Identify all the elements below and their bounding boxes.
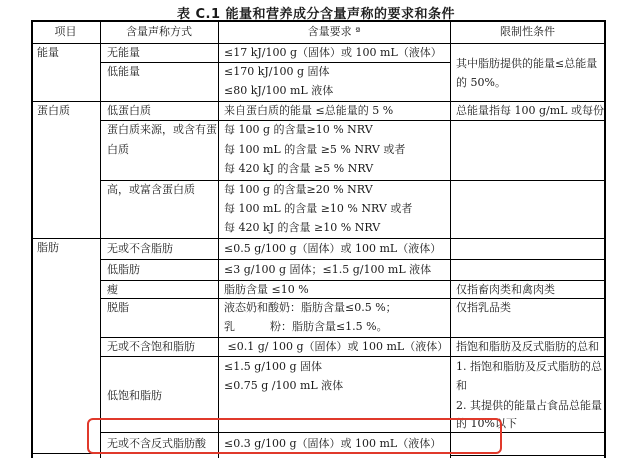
cond-lean: 仅指畜肉类和禽肉类 xyxy=(456,280,555,299)
header-item: 项目 xyxy=(31,22,100,41)
cond-sat-fat-free: 指饱和脂肪及反式脂肪的总和 xyxy=(456,337,599,356)
col-line-2 xyxy=(218,20,219,458)
claim-low-energy: 低能量 xyxy=(107,62,140,81)
item-protein: 蛋白质 xyxy=(37,101,70,120)
req-energy-free: ≤17 kJ/100 g（固体）或 100 mL（液体） xyxy=(224,43,442,62)
cond-low-protein: 总能量指每 100 g/mL 或每份 xyxy=(456,101,604,120)
req-skim-2: 乳 粉：脂肪含量≤1.5 %。 xyxy=(224,317,388,336)
header-content-requirement: 含量要求 ª xyxy=(218,22,450,41)
claim-low-fat: 低脂肪 xyxy=(107,260,140,279)
req-protein-source-3: 每 420 kJ 的含量 ≥5 % NRV xyxy=(224,159,373,178)
item-fat: 脂肪 xyxy=(37,238,59,257)
item-energy: 能量 xyxy=(37,43,59,62)
table-border-left xyxy=(31,20,33,458)
claim-skim: 脱脂 xyxy=(107,298,129,317)
claim-protein-source-2: 白质 xyxy=(107,140,129,159)
header-claim-method: 含量声称方式 xyxy=(100,22,218,41)
claim-sat-fat-free: 无或不含饱和脂肪 xyxy=(107,337,195,356)
col-line-1 xyxy=(100,20,101,458)
claim-high-protein: 高，或富含蛋白质 xyxy=(107,180,195,199)
req-skim-1: 液态奶和酸奶：脂肪含量≤0.5 %； xyxy=(224,298,397,317)
cond-energy-1: 其中脂肪提供的能量≤总能量 xyxy=(456,54,597,73)
req-protein-source-2: 每 100 mL 的含量 ≥5 % NRV 或者 xyxy=(224,140,405,159)
nutrition-claims-table: 项目 含量声称方式 含量要求 ª 限制性条件 能量 无能量 ≤17 kJ/100… xyxy=(0,0,632,458)
req-sat-fat-free: ≤0.1 g/ 100 g（固体）或 100 mL（液体） xyxy=(224,337,448,356)
req-high-protein-2: 每 100 mL 的含量 ≥10 % NRV 或者 xyxy=(224,199,412,218)
claim-low-sat-fat: 低饱和脂肪 xyxy=(107,386,162,405)
req-fat-free: ≤0.5 g/100 g（固体）或 100 mL（液体） xyxy=(224,239,441,258)
cond-low-sat-fat-1: 1. 指饱和脂肪及反式脂肪的总 xyxy=(456,357,602,376)
req-low-protein: 来自蛋白质的能量 ≤总能量的 5 % xyxy=(224,101,393,120)
row-line xyxy=(450,455,606,456)
highlight-box-trans-fat xyxy=(87,418,502,454)
claim-energy-free: 无能量 xyxy=(107,43,140,62)
table-border-right xyxy=(604,20,606,458)
cond-energy-2: 的 50%。 xyxy=(456,73,506,92)
req-lean: 脂肪含量 ≤10 % xyxy=(224,280,309,299)
req-high-protein-3: 每 420 kJ 的含量 ≥10 % NRV xyxy=(224,218,380,237)
cond-low-sat-fat-2: 和 xyxy=(456,376,467,395)
claim-lean: 瘦 xyxy=(107,280,118,299)
req-low-energy-2: ≤80 kJ/100 mL 液体 xyxy=(224,81,333,100)
req-high-protein-1: 每 100 g 的含量≥20 % NRV xyxy=(224,180,373,199)
claim-protein-source-1: 蛋白质来源，或含有蛋 xyxy=(107,120,217,139)
req-low-sat-fat-2: ≤0.75 g /100 mL 液体 xyxy=(224,376,343,395)
req-protein-source-1: 每 100 g 的含量≥10 % NRV xyxy=(224,120,373,139)
claim-fat-free: 无或不含脂肪 xyxy=(107,239,173,258)
col-line-3 xyxy=(450,20,451,458)
req-low-fat: ≤3 g/100 g 固体；≤1.5 g/100 mL 液体 xyxy=(224,260,431,279)
header-restriction: 限制性条件 xyxy=(450,22,605,41)
req-low-energy-1: ≤170 kJ/100 g 固体 xyxy=(224,62,330,81)
cond-low-sat-fat-3: 2. 其提供的能量占食品总能量 xyxy=(456,396,602,415)
req-low-sat-fat-1: ≤1.5 g/100 g 固体 xyxy=(224,357,322,376)
claim-low-protein: 低蛋白质 xyxy=(107,101,151,120)
cond-skim: 仅指乳品类 xyxy=(456,298,511,317)
